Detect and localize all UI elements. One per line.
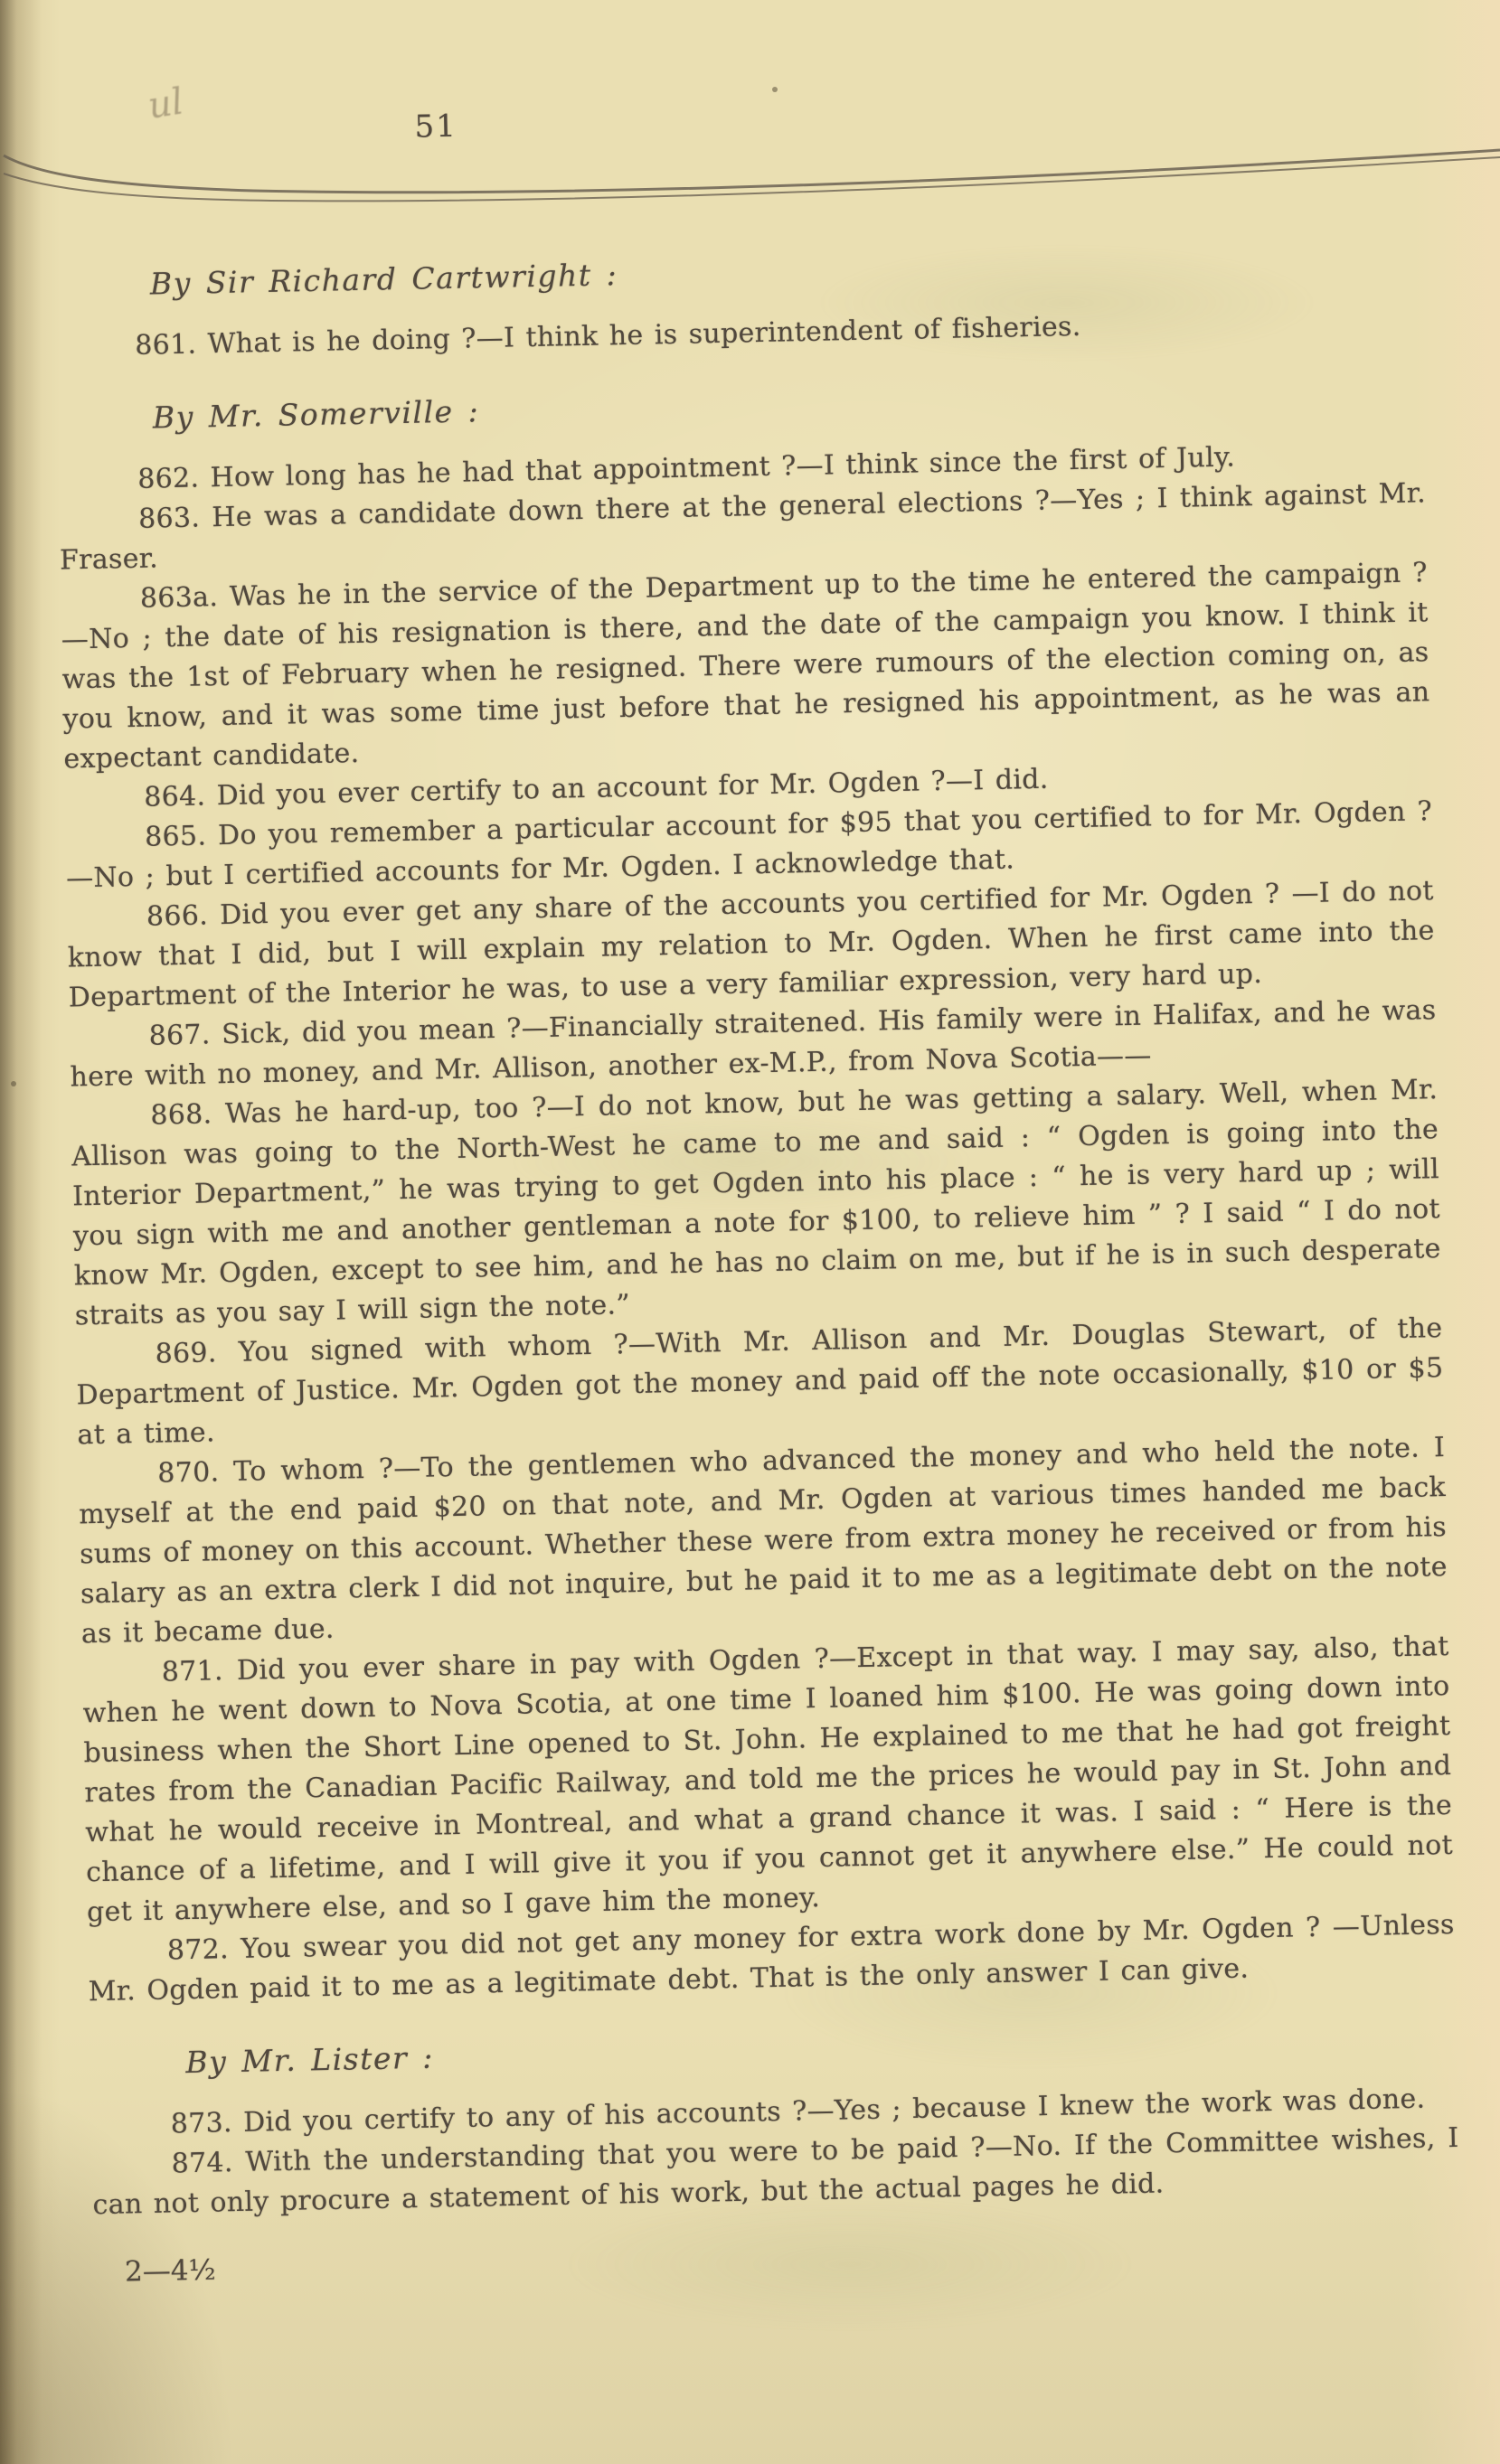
qa-paragraph-863a: 863a. Was he in the service of the Depar… [61, 553, 1431, 779]
scanned-document-page: { "page": { "number": "51", "pencil_mark… [0, 0, 1500, 2464]
page-number: 51 [414, 108, 458, 146]
qa-paragraph-871: 871. Did you ever share in pay with Ogde… [81, 1627, 1454, 1933]
examiner-heading-somerville: By Mr. Somerville : [152, 372, 1424, 437]
qa-paragraph-868: 868. Was he hard-up, too ?—I do not know… [71, 1070, 1442, 1336]
qa-paragraph-861: 861. What is he doing ?—I think he is su… [55, 300, 1423, 367]
ink-speck [11, 1081, 16, 1086]
pencil-mark: ul [146, 80, 186, 127]
book-gutter-shadow [0, 0, 42, 2464]
signature-mark: 2—4½ [125, 2229, 1461, 2289]
examiner-heading-lister: By Mr. Lister : [185, 2017, 1458, 2083]
testimony-body: By Sir Richard Cartwright : 861. What is… [50, 42, 1461, 2289]
page-content: ul 51 By Sir Richard Cartwright : 861. W… [50, 42, 1461, 2289]
examiner-heading-cartwright: By Sir Richard Cartwright : [150, 239, 1422, 304]
qa-paragraph-870: 870. To whom ?—To the gentlemen who adva… [78, 1428, 1448, 1654]
